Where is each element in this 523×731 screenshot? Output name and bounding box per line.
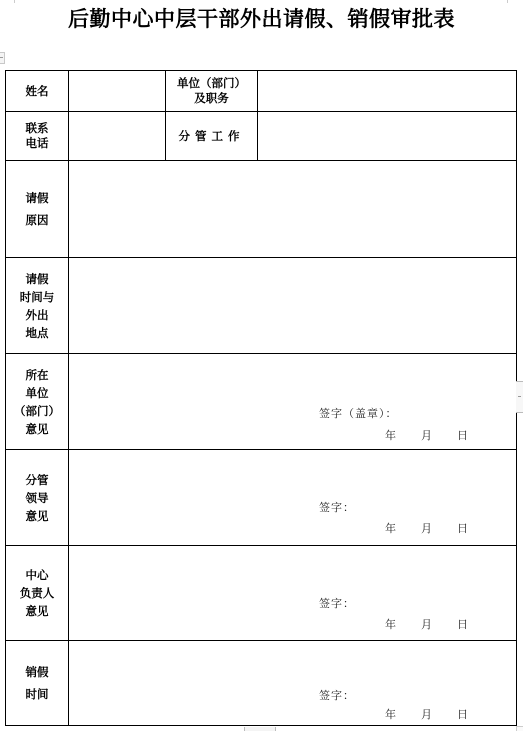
unit-opinion-label-line4: 意见 — [6, 420, 68, 438]
table-move-handle-icon[interactable] — [0, 52, 5, 64]
row-phone-duty: 联系 电话 分管工作 — [6, 112, 517, 161]
leader-opinion-label: 分管 领导 意见 — [6, 450, 69, 546]
return-date: 年月日 — [385, 707, 468, 722]
table-resize-corner-icon[interactable] — [516, 726, 523, 731]
name-label: 姓名 — [6, 71, 69, 112]
phone-label-line2: 电话 — [6, 136, 68, 151]
center-opinion-label-line1: 中心 — [6, 566, 68, 584]
name-field[interactable] — [69, 71, 166, 112]
year-label: 年 — [385, 428, 421, 443]
document-title: 后勤中心中层干部外出请假、销假审批表 — [0, 4, 523, 34]
time-place-label-line2: 时间与 — [6, 288, 68, 306]
approval-form-table: 姓名 单位（部门） 及职务 联系 电话 分管工作 请假 原因 请假 时间与 外出 — [5, 70, 517, 726]
month-label: 月 — [421, 428, 457, 443]
day-label: 日 — [457, 707, 468, 722]
time-place-label-line1: 请假 — [6, 270, 68, 288]
duty-field[interactable] — [258, 112, 517, 161]
return-label-line1: 销假 — [6, 661, 68, 683]
unit-opinion-field[interactable]: 签字（盖章）： 年月日 — [69, 354, 517, 450]
phone-label: 联系 电话 — [6, 112, 69, 161]
row-time-place: 请假 时间与 外出 地点 — [6, 258, 517, 354]
leader-opinion-label-line2: 领导 — [6, 489, 68, 507]
year-label: 年 — [385, 707, 421, 722]
row-unit-opinion: 所在 单位 （部门） 意见 签字（盖章）： 年月日 — [6, 354, 517, 450]
reason-label-line1: 请假 — [6, 187, 68, 209]
time-place-label-line3: 外出 — [6, 306, 68, 324]
unit-opinion-signature-label: 签字（盖章）： — [319, 406, 398, 421]
reason-label: 请假 原因 — [6, 161, 69, 258]
center-opinion-label-line2: 负责人 — [6, 584, 68, 602]
phone-label-line1: 联系 — [6, 121, 68, 136]
unit-opinion-label-line1: 所在 — [6, 366, 68, 384]
return-time-field[interactable]: 签字： 年月日 — [69, 641, 517, 726]
duty-label-text: 分管工作 — [166, 129, 257, 144]
duty-label: 分管工作 — [166, 112, 258, 161]
month-label: 月 — [421, 707, 457, 722]
day-label: 日 — [457, 428, 468, 443]
row-leader-opinion: 分管 领导 意见 签字： 年月日 — [6, 450, 517, 546]
leader-opinion-field[interactable]: 签字： 年月日 — [69, 450, 517, 546]
ruler-mark-left — [14, 0, 15, 3]
reason-label-line2: 原因 — [6, 209, 68, 231]
unit-opinion-date: 年月日 — [385, 428, 468, 443]
return-label-line2: 时间 — [6, 683, 68, 705]
leader-opinion-label-line1: 分管 — [6, 471, 68, 489]
row-return: 销假 时间 签字： 年月日 — [6, 641, 517, 726]
time-place-field[interactable] — [69, 258, 517, 354]
unit-opinion-label-line3: （部门） — [6, 402, 68, 420]
month-label: 月 — [421, 617, 457, 632]
center-opinion-label: 中心 负责人 意见 — [6, 546, 69, 641]
leader-opinion-signature-label: 签字： — [319, 500, 355, 515]
unit-opinion-label: 所在 单位 （部门） 意见 — [6, 354, 69, 450]
year-label: 年 — [385, 617, 421, 632]
month-label: 月 — [421, 521, 457, 536]
unit-opinion-label-line2: 单位 — [6, 384, 68, 402]
row-center-opinion: 中心 负责人 意见 签字： 年月日 — [6, 546, 517, 641]
return-signature-label: 签字： — [319, 688, 355, 703]
table-resize-handle-bottom[interactable] — [244, 727, 276, 731]
unit-position-label: 单位（部门） 及职务 — [166, 71, 258, 112]
center-opinion-signature-label: 签字： — [319, 596, 355, 611]
center-opinion-field[interactable]: 签字： 年月日 — [69, 546, 517, 641]
row-name-unit: 姓名 单位（部门） 及职务 — [6, 71, 517, 112]
ruler-mark-right — [507, 0, 508, 3]
center-opinion-date: 年月日 — [385, 617, 468, 632]
phone-field[interactable] — [69, 112, 166, 161]
leader-opinion-date: 年月日 — [385, 521, 468, 536]
unit-position-field[interactable] — [258, 71, 517, 112]
return-time-label: 销假 时间 — [6, 641, 69, 726]
unit-label-line1: 单位（部门） — [166, 76, 257, 91]
day-label: 日 — [457, 617, 468, 632]
row-reason: 请假 原因 — [6, 161, 517, 258]
time-place-label: 请假 时间与 外出 地点 — [6, 258, 69, 354]
unit-label-line2: 及职务 — [166, 91, 257, 106]
name-label-text: 姓名 — [6, 84, 68, 99]
day-label: 日 — [457, 521, 468, 536]
center-opinion-label-line3: 意见 — [6, 602, 68, 620]
time-place-label-line4: 地点 — [6, 324, 68, 342]
table-resize-handle-right[interactable] — [516, 381, 523, 413]
year-label: 年 — [385, 521, 421, 536]
reason-field[interactable] — [69, 161, 517, 258]
leader-opinion-label-line3: 意见 — [6, 507, 68, 525]
